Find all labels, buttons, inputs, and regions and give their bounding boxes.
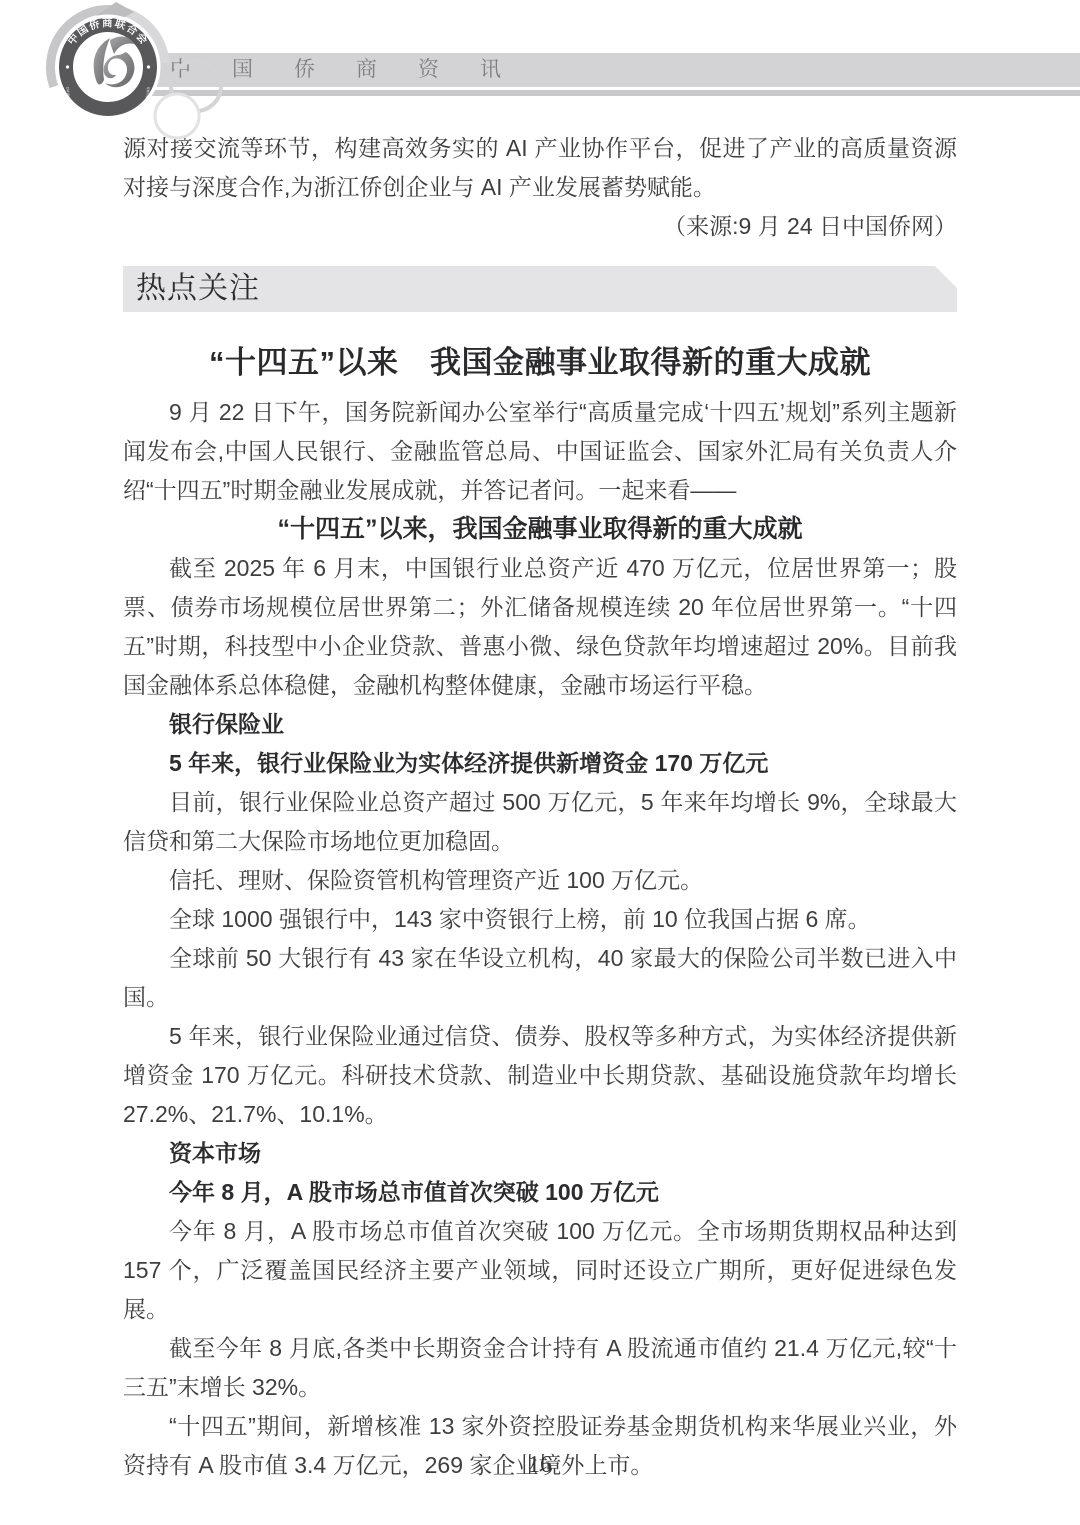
bold-subhead: 资本市场 xyxy=(123,1134,957,1173)
article-subtitle: “十四五”以来，我国金融事业取得新的重大成就 xyxy=(123,510,957,549)
ring-dot-right xyxy=(147,65,150,68)
article-title: “十四五”以来 我国金融事业取得新的重大成就 xyxy=(123,342,957,384)
lead-paragraph: 源对接交流等环节，构建高效务实的 AI 产业协作平台，促进了产业的高质量资源对接… xyxy=(123,129,957,207)
section-banner-label: 热点关注 xyxy=(123,266,957,311)
paragraph: 全球 1000 强银行中，143 家中资银行上榜，前 10 位我国占据 6 席。 xyxy=(123,900,957,939)
bold-subhead: 今年 8 月，A 股市场总市值首次突破 100 万亿元 xyxy=(123,1173,957,1212)
page-number: 16 xyxy=(0,1452,1080,1479)
masthead-rule xyxy=(128,90,1080,96)
lead-source: （来源:9 月 24 日中国侨网） xyxy=(663,207,957,246)
ring-dot-left xyxy=(66,65,69,68)
paragraph: 截至 2025 年 6 月末，中国银行业总资产近 470 万亿元，位居世界第一；… xyxy=(123,549,957,705)
paragraph: 信托、理财、保险资管机构管理资产近 100 万亿元。 xyxy=(123,861,957,900)
page-content: 源对接交流等环节，构建高效务实的 AI 产业协作平台，促进了产业的高质量资源对接… xyxy=(0,0,1080,1485)
paragraph: 9 月 22 日下午，国务院新闻办公室举行“高质量完成‘十四五’规划”系列主题新… xyxy=(123,393,957,510)
section-banner: 热点关注 xyxy=(123,266,957,312)
article-body: 9 月 22 日下午，国务院新闻办公室举行“高质量完成‘十四五’规划”系列主题新… xyxy=(123,393,957,1485)
paragraph: 目前，银行业保险业总资产超过 500 万亿元，5 年来年均增长 9%，全球最大信… xyxy=(123,783,957,861)
paragraph: 5 年来，银行业保险业通过信贷、债券、股权等多种方式，为实体经济提供新增资金 1… xyxy=(123,1017,957,1134)
federation-logo: 中国侨商联合会 CHINA FEDERATION OF OVERSEAS CHI… xyxy=(38,0,238,150)
masthead-bar: 中国侨商资讯 xyxy=(104,53,1080,87)
bold-subhead: 5 年来，银行业保险业为实体经济提供新增资金 170 万亿元 xyxy=(123,744,957,783)
paragraph: 全球前 50 大银行有 43 家在华设立机构，40 家最大的保险公司半数已进入中… xyxy=(123,939,957,1017)
bold-subhead: 银行保险业 xyxy=(123,705,957,744)
decorative-circles xyxy=(155,61,221,138)
masthead-title: 中国侨商资讯 xyxy=(104,53,1080,87)
paragraph: 截至今年 8 月底,各类中长期资金合计持有 A 股流通市值约 21.4 万亿元,… xyxy=(123,1329,957,1407)
paragraph: 今年 8 月，A 股市场总市值首次突破 100 万亿元。全市场期货期权品种达到 … xyxy=(123,1212,957,1329)
lead-text: 源对接交流等环节，构建高效务实的 AI 产业协作平台，促进了产业的高质量资源对接… xyxy=(123,135,957,200)
document-page: 中国侨商资讯 中国侨商联合会 CHINA FE xyxy=(0,0,1080,1525)
